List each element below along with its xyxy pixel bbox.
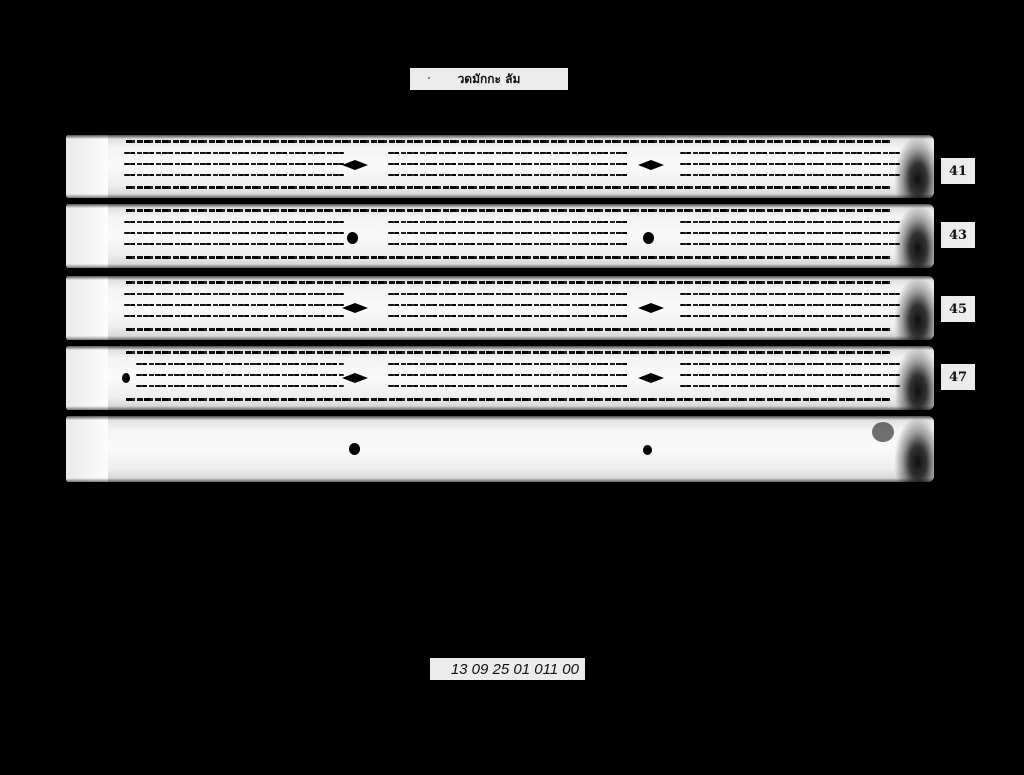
leaf-left-edge [66,204,108,268]
diamond-ornament-icon [638,160,664,170]
script-block-left [124,221,344,254]
catalog-number-label: 13 09 25 01 011 00 [430,658,585,680]
leaf-shadow [66,264,934,268]
leaf-shadow [66,336,934,340]
folio-number: 47 [949,370,967,385]
script-line [126,398,890,401]
script-block-left [124,293,344,326]
diamond-ornament-icon [342,303,368,313]
leaf-right-edge [894,135,934,198]
script-block-center [388,221,628,254]
binding-hole [122,373,130,383]
binding-hole [349,443,360,455]
leaf-right-edge [894,416,934,482]
script-block-center [388,152,628,185]
script-line [126,209,890,212]
palm-leaf-2 [66,204,934,268]
diamond-ornament-icon [342,160,368,170]
leaf-left-edge [66,276,108,340]
leaf-shadow [66,194,934,198]
folio-label-43: 43 [941,222,975,248]
leaf-right-edge [894,346,934,410]
manuscript-title-text: วดมักกะ ลัม [458,70,521,89]
manuscript-title-label: วดมักกะ ลัม [410,68,568,90]
leaf-shadow [66,346,934,350]
script-block-right [680,363,900,396]
folio-label-41: 41 [941,158,975,184]
diamond-ornament-icon [638,373,664,383]
ink-stain [872,422,894,442]
leaf-shadow [66,135,934,139]
script-block-right [680,221,900,254]
script-block-left [124,152,344,185]
script-block-center [388,293,628,326]
folio-number: 43 [949,228,967,243]
leaf-shadow [66,416,934,420]
script-block-center [388,363,628,396]
leaf-left-edge [66,346,108,410]
leaf-shadow [66,276,934,280]
dust-speck [428,77,430,79]
diamond-ornament-icon [342,373,368,383]
script-block-right [680,152,900,185]
palm-leaf-3 [66,276,934,340]
leaf-left-edge [66,135,108,198]
binding-hole [643,445,652,455]
script-block-left [136,363,344,396]
script-line [126,140,890,143]
script-line [126,281,890,284]
palm-leaf-4 [66,346,934,410]
diamond-ornament-icon [638,303,664,313]
palm-leaf-5-blank [66,416,934,482]
folio-number: 41 [949,164,967,179]
leaf-shadow [66,204,934,208]
leaf-shadow [66,478,934,482]
leaf-right-edge [894,204,934,268]
binding-hole [643,232,654,244]
script-line [126,351,890,354]
catalog-number-text: 13 09 25 01 011 00 [451,661,579,678]
leaf-shadow [66,406,934,410]
folio-label-47: 47 [941,364,975,390]
script-line [126,186,890,189]
binding-hole [347,232,358,244]
leaf-left-edge [66,416,108,482]
script-block-right [680,293,900,326]
folio-number: 45 [949,302,967,317]
script-line [126,256,890,259]
folio-label-45: 45 [941,296,975,322]
leaf-right-edge [894,276,934,340]
palm-leaf-1 [66,135,934,198]
script-line [126,328,890,331]
